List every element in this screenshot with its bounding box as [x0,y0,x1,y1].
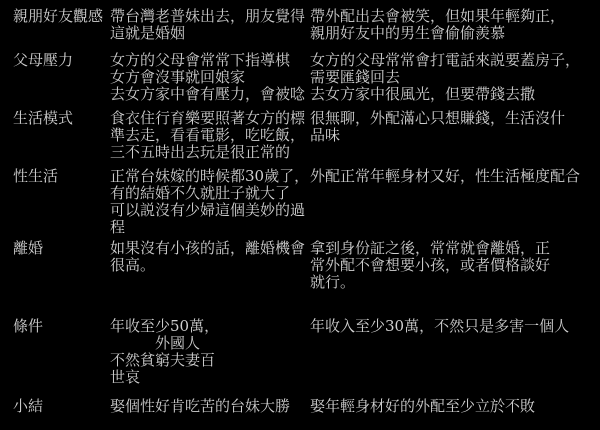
row-label: 條件 [13,318,108,335]
taiwan-cell: 女方的父母會常常下指導棋 女方會沒事就回娘家 去女方家中會有壓力，會被唸 [110,52,310,103]
taiwan-cell: 娶個性好肯吃苦的台妹大勝 [110,398,310,415]
row-label: 離婚 [13,240,108,257]
foreign-cell: 年收入至少30萬，不然只是多害一個人 [310,318,599,335]
row-label: 親朋好友觀感 [13,8,108,25]
row-label: 小結 [13,398,108,415]
row-label: 父母壓力 [13,52,108,69]
taiwan-cell: 帶台灣老普妹出去，朋友覺得 這就是婚姻 [110,8,310,42]
foreign-cell: 女方的父母常常會打電話來説要蓋房子， 需要匯錢回去 去女方家中很風光，但要帶錢去… [310,52,599,103]
taiwan-cell: 食衣住行育樂要照著女方的標 準去走，看看電影，吃吃飯， 三不五時出去玩是很正常的 [110,110,310,161]
foreign-cell: 很無聊，外配滿心只想賺錢，生活沒什 品味 [310,110,599,144]
taiwan-cell: 年收至少50萬， 外國人 不然貧窮夫妻百 世哀 [110,318,310,386]
foreign-cell: 帶外配出去會被笑，但如果年輕夠正， 親朋好友中的男生會偷偷羨慕 [310,8,599,42]
row-label: 生活模式 [13,110,108,127]
row-label: 性生活 [13,168,108,185]
comparison-table: 親朋好友觀感 帶台灣老普妹出去，朋友覺得 這就是婚姻 帶外配出去會被笑，但如果年… [0,0,600,430]
foreign-cell: 娶年輕身材好的外配至少立於不敗 [310,398,599,415]
foreign-cell: 拿到身份証之後，常常就會離婚，正 常外配不會想要小孩，或者價格談好 就行。 [310,240,599,291]
foreign-cell: 外配正常年輕身材又好，性生活極度配合 [310,168,599,185]
taiwan-cell: 如果沒有小孩的話，離婚機會 很高。 [110,240,310,274]
taiwan-cell: 正常台妹嫁的時候都30歲了， 有的結婚不久就肚子就大了 可以説沒有少婦這個美妙的… [110,168,310,236]
